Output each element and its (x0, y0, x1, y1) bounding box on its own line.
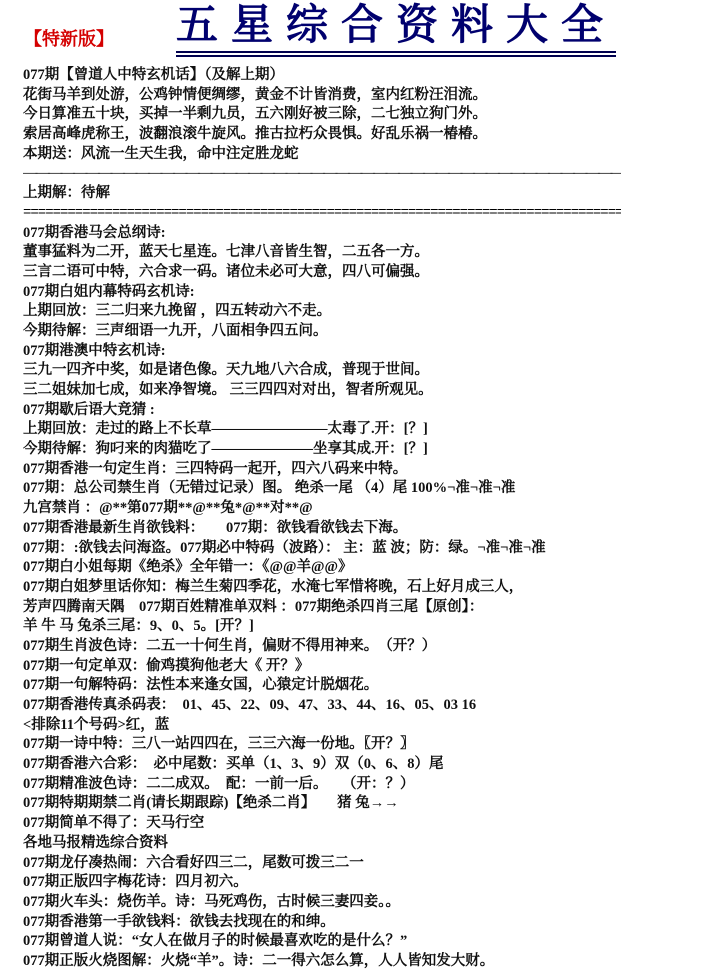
dash-separator: ————————————————————————————————————————… (23, 164, 621, 184)
content-line: 077期【曾道人中特玄机话】（及解上期） (23, 66, 695, 86)
edition-badge: 【特新版】 (24, 25, 114, 51)
content-line: 索居高峰虎称王，波翻浪滚牛旋风。推古拉朽众畏惧。好乱乐祸一椿椿。 (23, 125, 695, 145)
content-line: 芳声四腾南天隅 077期百姓精准单双料 ：077期绝杀四肖三尾【原创】： (23, 598, 695, 618)
content-line: 077期火车头：烧伤羊。诗：马死鸡伤，古时候三妻四妾。。 (23, 893, 695, 913)
content-line: 077期香港一句定生肖：三四特码一起开，四六八码来中特。 (23, 460, 695, 480)
content-line: 077期精准波色诗：二二成双。 配：一前一后。 （开：？） (23, 775, 695, 795)
content-line: 077期曾道人说：“女人在做月子的时候最喜欢吃的是什么？” (23, 932, 695, 952)
content-line: 077期生肖波色诗：二五一十何生肖，偏财不得用神来。 （开？） (23, 637, 695, 657)
content-line: 三九一四齐中奖，如是诸色像。天九地八六合成，普现于世间。 (23, 361, 695, 381)
content-line: 上期解：待解 (23, 184, 695, 204)
content-line: 今期待解：狗叼来的肉猫吃了———————坐享其成.开：[？] (23, 440, 695, 460)
content-line: 077期白姐内幕特码玄机诗: (23, 283, 695, 303)
content-line: 077期白姐梦里话你知：梅兰生菊四季花，水淹七军惜将晚，石上好月成三人， (23, 578, 695, 598)
page-title: 五星综合资料大全 (176, 2, 616, 57)
content-line: 077期简单不得了：天马行空 (23, 814, 695, 834)
content-line: 077期一诗中特：三八一站四四在，三三六海一份地。〖开？〗 (23, 735, 695, 755)
page-header: 【特新版】 五星综合资料大全 (0, 0, 702, 64)
content-line: 077期正版四字梅花诗：四月初六。 (23, 873, 695, 893)
content-line: 077期香港六合彩： 必中尾数：买单（1、3、9）双（0、6、8）尾 (23, 755, 695, 775)
content-line: 077期香港最新生肖欲钱料： 077期：欲钱看欲钱去下海。 (23, 519, 695, 539)
content-line: 077期香港第一手欲钱料：欲钱去找现在的和绅。 (23, 913, 695, 933)
content-line: 三言二语可中特，六合求一码。诸位未必可大意，四八可偏强。 (23, 263, 695, 283)
content-line: 今期待解：三声细语一九开，八面相争四五问。 (23, 322, 695, 342)
content-line: 077期白小姐每期《绝杀》全年错一：《@@羊@@》 (23, 558, 695, 578)
content-line: 上期回放：三二归来九挽留 ，四五转动六不走。 (23, 302, 695, 322)
content-line: 三二姐妹加七成，如来净智境。 三三四四对对出，智者所观见。 (23, 381, 695, 401)
content-area: 077期【曾道人中特玄机话】（及解上期）花街马羊到处游，公鸡钟情便绸缪，黄金不计… (23, 66, 695, 972)
content-line: <排除11个号码>红，蓝 (23, 716, 695, 736)
page: 【特新版】 五星综合资料大全 077期【曾道人中特玄机话】（及解上期）花街马羊到… (0, 0, 702, 974)
content-line: 077期香港马会总纲诗: (23, 224, 695, 244)
content-line: 羊 牛 马 兔杀三尾：9、0、5。[开？] (23, 617, 695, 637)
content-line: 077期香港传真杀码表： 01、45、22、09、47、33、44、16、05、… (23, 696, 695, 716)
content-line: 077期港澳中特玄机诗: (23, 342, 695, 362)
content-line: 077期特期期禁二肖(请长期跟踪)【绝杀二肖】 猪 兔→→ (23, 794, 695, 814)
content-line: 各地马报精选综合资料 (23, 834, 695, 854)
content-line: 077期歇后语大竞猜 : (23, 401, 695, 421)
content-line: 本期送：风流一生天生我，命中注定胜龙蛇 (23, 145, 695, 165)
content-line: 上期回放：走过的路上不长草————————太毒了.开：[？] (23, 420, 695, 440)
content-line: 077期一句定单双：偷鸡摸狗他老大《 开？》 (23, 657, 695, 677)
equals-separator: ========================================… (23, 204, 621, 224)
content-line: 077期正版火烧图解：火烧“羊”。诗：二一得六怎么算，人人皆知发大财。 (23, 952, 695, 972)
content-line: 董事猛料为二开，蓝天七星连。七津八音皆生智，二五各一方。 (23, 243, 695, 263)
content-line: 077期：总公司禁生肖（无错过记录）图。 绝杀一尾 （4）尾 100%¬准¬准¬… (23, 479, 695, 499)
content-line: 077期一句解特码：法性本来逢女国，心猿定计脱烟花。 (23, 676, 695, 696)
content-line: 077期龙仔凑热闹：六合看好四三二，尾数可拨三二一 (23, 854, 695, 874)
content-line: 九宫禁肖 ：@**第077期**@**兔*@**对**@ (23, 499, 695, 519)
content-line: 花街马羊到处游，公鸡钟情便绸缪，黄金不计皆消费，室内红粉汪泪流。 (23, 86, 695, 106)
content-line: 077期：:欲钱去问海盗。077期必中特码（波路）： 主：蓝 波；防：绿。¬准¬… (23, 539, 695, 559)
content-line: 今日算准五十块，买掉一半剩九员，五六刚好被三除，二七独立狗门外。 (23, 105, 695, 125)
